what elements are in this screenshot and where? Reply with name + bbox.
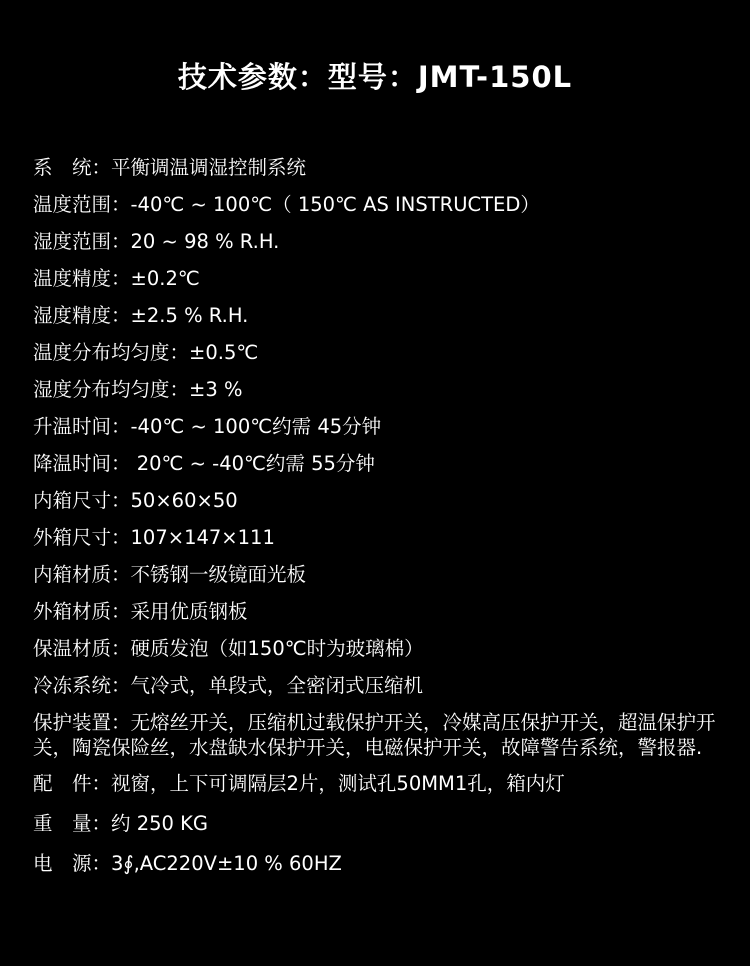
spec-value: 气冷式，单段式，全密闭式压缩机 [131, 674, 424, 697]
spec-row-inner-size: 内箱尺寸：50×60×50 [33, 489, 722, 513]
spec-row-protection-devices: 保护装置：无熔丝开关，压缩机过载保护开关，冷媒高压保护开关，超温保护开关，陶瓷保… [33, 711, 722, 760]
spec-row-weight: 重 量：约 250 KG [33, 812, 722, 836]
spec-value: ±2.5 % R.H. [131, 304, 249, 327]
spec-row-temp-uniformity: 温度分布均匀度：±0.5℃ [33, 341, 722, 365]
spec-row-temp-accuracy: 温度精度：±0.2℃ [33, 267, 722, 291]
spec-label: 配 件： [33, 772, 111, 795]
spec-label: 外箱尺寸： [33, 526, 131, 549]
spec-value: -40℃ ~ 100℃（ 150℃ AS INSTRUCTED） [131, 193, 540, 216]
spec-label: 冷冻系统： [33, 674, 131, 697]
spec-value: 视窗，上下可调隔层2片，测试孔50MM1孔，箱内灯 [111, 772, 565, 795]
spec-value: 采用优质钢板 [131, 600, 248, 623]
spec-value: 无熔丝开关，压缩机过载保护开关，冷媒高压保护开关，超温保护开关，陶瓷保险丝，水盘… [33, 711, 716, 759]
spec-value: -40℃ ~ 100℃约需 45分钟 [131, 415, 382, 438]
spec-label: 温度精度： [33, 267, 131, 290]
spec-value: 平衡调温调湿控制系统 [111, 156, 306, 179]
spec-row-power: 电 源：3∮,AC220V±10 % 60HZ [33, 852, 722, 876]
spec-value: 20 ~ 98 % R.H. [131, 230, 280, 253]
spec-label: 温度分布均匀度： [33, 341, 189, 364]
spec-list: 系 统：平衡调温调湿控制系统 温度范围：-40℃ ~ 100℃（ 150℃ AS… [33, 156, 722, 876]
spec-row-outer-material: 外箱材质：采用优质钢板 [33, 600, 722, 624]
spec-label: 保温材质： [33, 637, 131, 660]
spec-value: ±0.5℃ [189, 341, 258, 364]
spec-label: 湿度精度： [33, 304, 131, 327]
spec-label: 保护装置： [33, 711, 131, 734]
spec-row-inner-material: 内箱材质：不锈钢一级镜面光板 [33, 563, 722, 587]
spec-row-accessories: 配 件：视窗，上下可调隔层2片，测试孔50MM1孔，箱内灯 [33, 772, 722, 796]
spec-row-cooldown-time: 降温时间： 20℃ ~ -40℃约需 55分钟 [33, 452, 722, 476]
spec-label: 外箱材质： [33, 600, 131, 623]
spec-value: 约 250 KG [111, 812, 208, 835]
spec-label: 内箱材质： [33, 563, 131, 586]
spec-row-refrigeration-system: 冷冻系统：气冷式，单段式，全密闭式压缩机 [33, 674, 722, 698]
spec-label: 重 量： [33, 812, 111, 835]
spec-row-heatup-time: 升温时间：-40℃ ~ 100℃约需 45分钟 [33, 415, 722, 439]
spec-row-outer-size: 外箱尺寸：107×147×111 [33, 526, 722, 550]
spec-label: 内箱尺寸： [33, 489, 131, 512]
spec-value: 硬质发泡（如150℃时为玻璃棉） [131, 637, 424, 660]
spec-label: 电 源： [33, 852, 111, 875]
spec-value: 3∮,AC220V±10 % 60HZ [111, 852, 342, 875]
spec-label: 降温时间： [33, 452, 131, 475]
spec-value: 不锈钢一级镜面光板 [131, 563, 307, 586]
spec-row-system: 系 统：平衡调温调湿控制系统 [33, 156, 722, 180]
spec-row-humidity-range: 湿度范围：20 ~ 98 % R.H. [33, 230, 722, 254]
spec-label: 升温时间： [33, 415, 131, 438]
spec-sheet: 技术参数：型号：JMT-150L 系 统：平衡调温调湿控制系统 温度范围：-40… [0, 0, 750, 966]
spec-label: 系 统： [33, 156, 111, 179]
spec-row-insulation-material: 保温材质：硬质发泡（如150℃时为玻璃棉） [33, 637, 722, 661]
spec-value: 50×60×50 [131, 489, 238, 512]
spec-value: 107×147×111 [131, 526, 275, 549]
spec-label: 湿度分布均匀度： [33, 378, 189, 401]
spec-label: 温度范围： [33, 193, 131, 216]
spec-value: ±3 % [189, 378, 242, 401]
page-title: 技术参数：型号：JMT-150L [0, 0, 750, 94]
spec-row-humidity-uniformity: 湿度分布均匀度：±3 % [33, 378, 722, 402]
spec-row-temp-range: 温度范围：-40℃ ~ 100℃（ 150℃ AS INSTRUCTED） [33, 193, 722, 217]
spec-label: 湿度范围： [33, 230, 131, 253]
spec-value: ±0.2℃ [131, 267, 200, 290]
spec-value: 20℃ ~ -40℃约需 55分钟 [131, 452, 375, 475]
spec-row-humidity-accuracy: 湿度精度：±2.5 % R.H. [33, 304, 722, 328]
